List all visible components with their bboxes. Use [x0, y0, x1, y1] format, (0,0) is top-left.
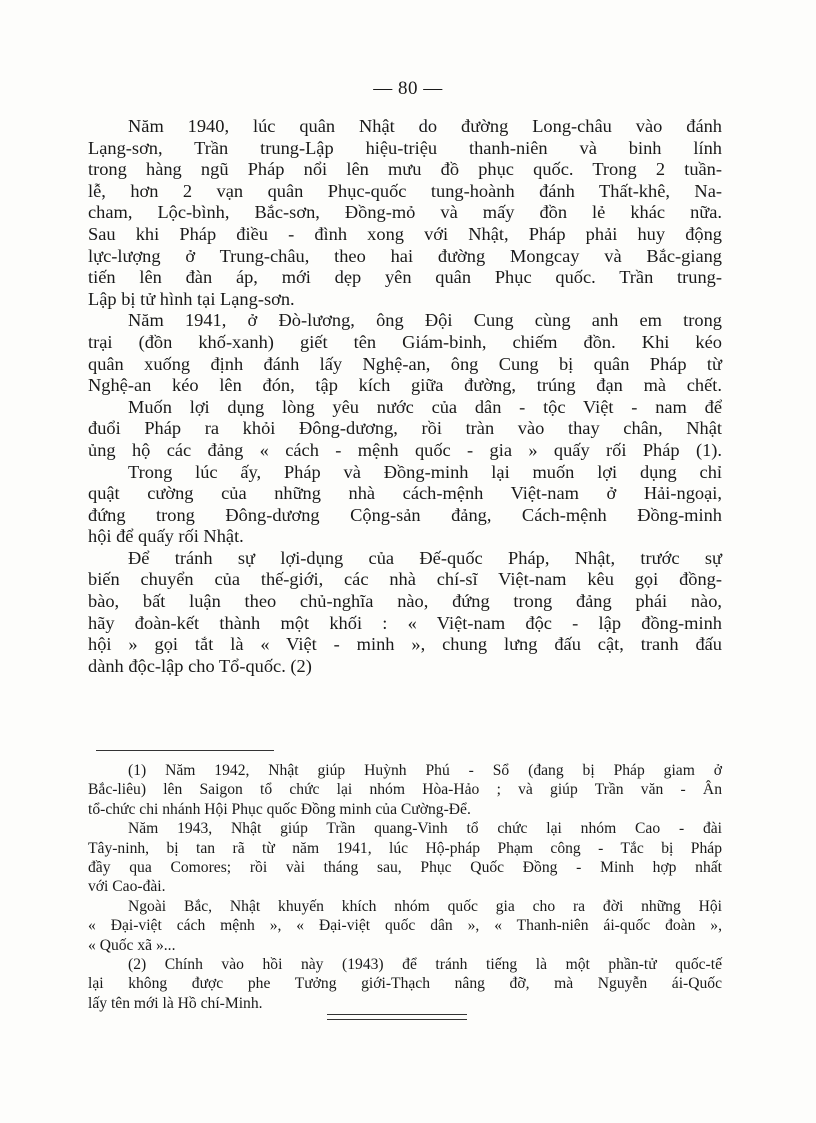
- text-line: quật cường của những nhà cách-mệnh Việt-…: [88, 483, 722, 505]
- text-line: biến chuyển của thế-giới, các nhà chí-sĩ…: [88, 569, 722, 591]
- footnote-line: Tây-ninh, bị tan rã từ năm 1941, lúc Hộ-…: [88, 839, 722, 858]
- text-line: Nghệ-an kéo lên đón, tập kích giữa đường…: [88, 375, 722, 397]
- text-line: trong hàng ngũ Pháp nổi lên mưu đồ phục …: [88, 159, 722, 181]
- text-line: bào, bất luận theo chủ-nghĩa nào, đứng t…: [88, 591, 722, 613]
- footnote-line: « Đại-việt cách mệnh », « Đại-việt quốc …: [88, 916, 722, 935]
- text-line: lễ, hơn 2 vạn quân Phục-quốc tung-hoành …: [88, 181, 722, 203]
- footnote-line: (1) Năm 1942, Nhật giúp Huỳnh Phú - Sổ (…: [88, 761, 722, 780]
- footnote-line: lấy tên mới là Hồ chí-Minh.: [88, 994, 722, 1013]
- text-line: hội để quấy rối Nhật.: [88, 526, 722, 548]
- text-line: tiến lên đàn áp, mới dẹp yên quân Phục q…: [88, 267, 722, 289]
- footnote-line: (2) Chính vào hồi này (1943) để tránh ti…: [88, 955, 722, 974]
- text-line: đứng trong Đông-dương Cộng-sản đảng, Các…: [88, 505, 722, 527]
- text-line: đuổi Pháp ra khỏi Đông-dương, rồi tràn v…: [88, 418, 722, 440]
- text-line: lực-lượng ở Trung-châu, theo hai đường M…: [88, 246, 722, 268]
- text-line: Trong lúc ấy, Pháp và Đồng-minh lại muốn…: [88, 462, 722, 484]
- end-of-section-rule: [327, 1014, 467, 1020]
- document-page: — 80 — Năm 1940, lúc quân Nhật do đường …: [0, 0, 816, 1123]
- text-line: hội » gọi tắt là « Việt - minh », chung …: [88, 634, 722, 656]
- text-line: Muốn lợi dụng lòng yêu nước của dân - tộ…: [88, 397, 722, 419]
- text-line: Để tránh sự lợi-dụng của Đế-quốc Pháp, N…: [88, 548, 722, 570]
- footnote-line: « Quốc xã »...: [88, 936, 722, 955]
- text-line: hãy đoàn-kết thành một khối : « Việt-nam…: [88, 613, 722, 635]
- text-line: trại (đồn khố-xanh) giết tên Giám-binh, …: [88, 332, 722, 354]
- footnote-line: Bắc-liêu) lên Saigon tổ chức lại nhóm Hò…: [88, 780, 722, 799]
- text-line: ủng hộ các đảng « cách - mệnh quốc - gia…: [88, 440, 722, 462]
- footnote-line: lại không được phe Tưởng giới-Thạch nâng…: [88, 974, 722, 993]
- footnote-separator: [96, 750, 274, 751]
- footnote-line: đầy qua Comores; rồi vài tháng sau, Phục…: [88, 858, 722, 877]
- page-number: — 80 —: [0, 78, 816, 100]
- footnote-line: với Cao-đài.: [88, 877, 722, 896]
- text-line: dành độc-lập cho Tổ-quốc. (2): [88, 656, 722, 678]
- main-text: Năm 1940, lúc quân Nhật do đường Long-ch…: [88, 116, 722, 677]
- footnotes: (1) Năm 1942, Nhật giúp Huỳnh Phú - Sổ (…: [88, 761, 722, 1013]
- text-line: quân xuống định đánh lấy Nghệ-an, ông Cu…: [88, 354, 722, 376]
- text-line: Năm 1940, lúc quân Nhật do đường Long-ch…: [88, 116, 722, 138]
- text-line: Năm 1941, ở Đò-lương, ông Đội Cung cùng …: [88, 310, 722, 332]
- footnote-line: Năm 1943, Nhật giúp Trần quang-Vinh tổ c…: [88, 819, 722, 838]
- footnote-line: Ngoài Bắc, Nhật khuyến khích nhóm quốc g…: [88, 897, 722, 916]
- footnote-line: tổ-chức chi nhánh Hội Phục quốc Đồng min…: [88, 800, 722, 819]
- text-line: cham, Lộc-bình, Bắc-sơn, Đồng-mỏ và mấy …: [88, 202, 722, 224]
- text-line: Lập bị tử hình tại Lạng-sơn.: [88, 289, 722, 311]
- text-line: Sau khi Pháp điều - đình xong với Nhật, …: [88, 224, 722, 246]
- text-line: Lạng-sơn, Trần trung-Lập hiệu-triệu than…: [88, 138, 722, 160]
